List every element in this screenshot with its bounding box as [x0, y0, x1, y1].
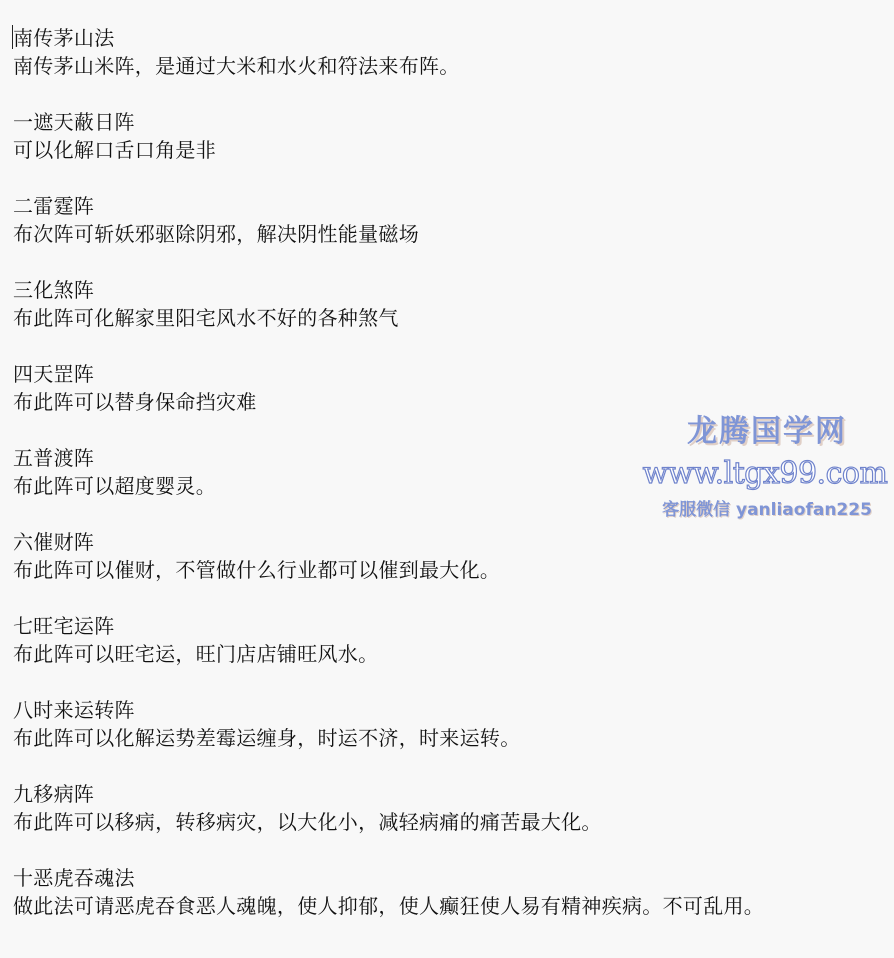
watermark: 龙腾国学网 www.ltgx99.com 客服微信 yanliaofan225 [640, 412, 894, 524]
entry-6: 六催财阵 布此阵可以催财，不管做什么行业都可以催到最大化。 [13, 528, 883, 584]
entry-title: 一遮天蔽日阵 [13, 108, 883, 136]
entry-title: 三化煞阵 [13, 276, 883, 304]
entry-8: 八时来运转阵 布此阵可以化解运势差霉运缠身，时运不济，时来运转。 [13, 696, 883, 752]
entry-9: 九移病阵 布此阵可以移病，转移病灾，以大化小，减轻病痛的痛苦最大化。 [13, 780, 883, 836]
entry-title: 七旺宅运阵 [13, 612, 883, 640]
entry-title: 九移病阵 [13, 780, 883, 808]
entry-title: 二雷霆阵 [13, 192, 883, 220]
watermark-site-name: 龙腾国学网 [640, 412, 894, 452]
entry-nanchuan-maoshan: 南传茅山法 南传茅山米阵，是通过大米和水火和符法来布阵。 [13, 24, 883, 80]
entry-7: 七旺宅运阵 布此阵可以旺宅运，旺门店店铺旺风水。 [13, 612, 883, 668]
entry-title: 四天罡阵 [13, 360, 883, 388]
entry-4: 四天罡阵 布此阵可以替身保命挡灾难 [13, 360, 883, 416]
entry-title: 南传茅山法 [13, 24, 883, 52]
entry-title: 八时来运转阵 [13, 696, 883, 724]
watermark-contact: 客服微信 yanliaofan225 [640, 496, 894, 524]
entry-3: 三化煞阵 布此阵可化解家里阳宅风水不好的各种煞气 [13, 276, 883, 332]
entry-1: 一遮天蔽日阵 可以化解口舌口角是非 [13, 108, 883, 164]
entry-description: 布此阵可以移病，转移病灾，以大化小，减轻病痛的痛苦最大化。 [13, 808, 883, 836]
entry-title: 六催财阵 [13, 528, 883, 556]
entry-description: 做此法可请恶虎吞食恶人魂魄，使人抑郁，使人癫狂使人易有精神疾病。不可乱用。 [13, 892, 883, 920]
entry-description: 布此阵可以旺宅运，旺门店店铺旺风水。 [13, 640, 883, 668]
entry-10: 十恶虎吞魂法 做此法可请恶虎吞食恶人魂魄，使人抑郁，使人癫狂使人易有精神疾病。不… [13, 864, 883, 920]
entry-description: 可以化解口舌口角是非 [13, 136, 883, 164]
entry-description: 布此阵可以催财，不管做什么行业都可以催到最大化。 [13, 556, 883, 584]
entry-description: 布次阵可斩妖邪驱除阴邪，解决阴性能量磁场 [13, 220, 883, 248]
watermark-url: www.ltgx99.com [636, 452, 894, 496]
entry-description: 布此阵可以化解运势差霉运缠身，时运不济，时来运转。 [13, 724, 883, 752]
entry-title: 十恶虎吞魂法 [13, 864, 883, 892]
entry-description: 布此阵可化解家里阳宅风水不好的各种煞气 [13, 304, 883, 332]
entry-2: 二雷霆阵 布次阵可斩妖邪驱除阴邪，解决阴性能量磁场 [13, 192, 883, 248]
entry-description: 南传茅山米阵，是通过大米和水火和符法来布阵。 [13, 52, 883, 80]
